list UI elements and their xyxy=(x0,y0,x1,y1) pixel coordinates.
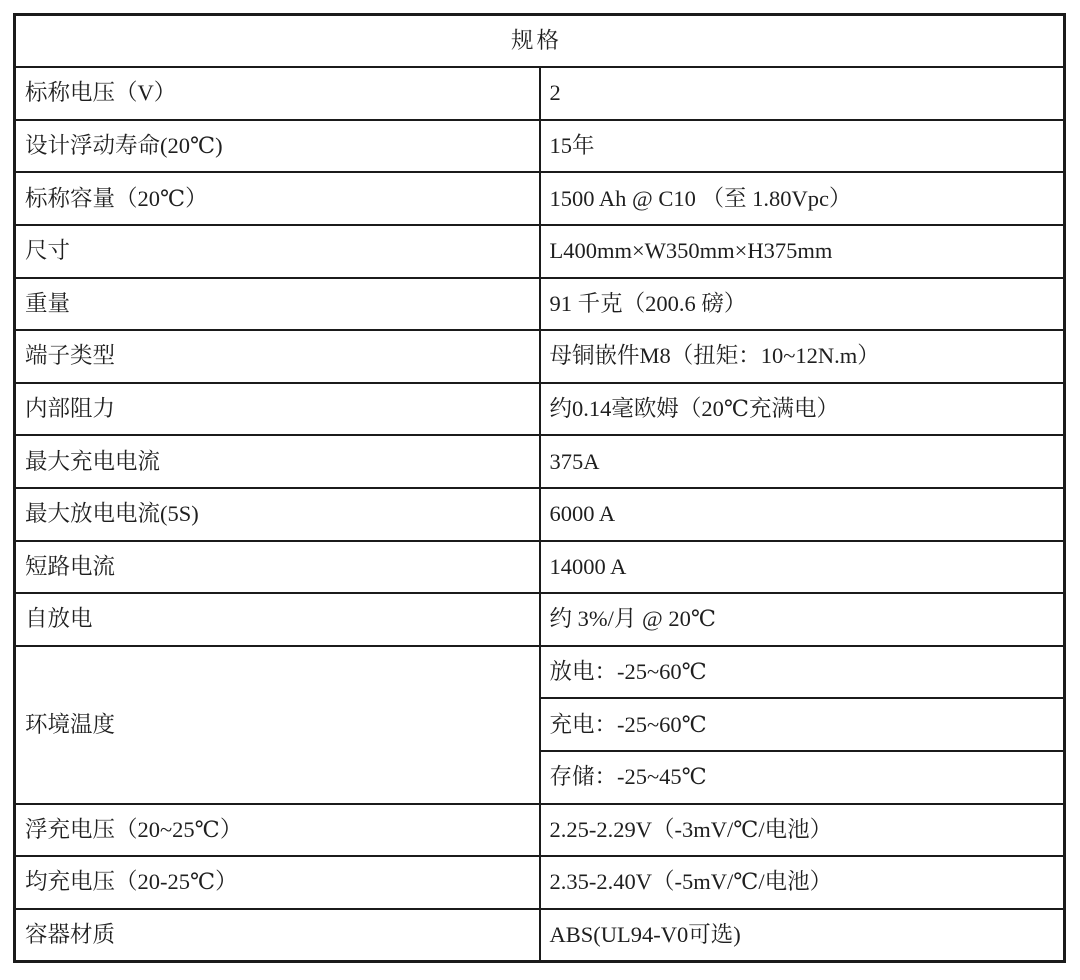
spec-value: 约0.14毫欧姆（20℃充满电） xyxy=(540,383,1065,436)
spec-row-nominal-voltage: 标称电压（V） 2 xyxy=(15,67,1065,120)
spec-label: 重量 xyxy=(15,278,540,331)
spec-label: 设计浮动寿命(20℃) xyxy=(15,120,540,173)
spec-row-nominal-capacity: 标称容量（20℃） 1500 Ah @ C10 （至 1.80Vpc） xyxy=(15,172,1065,225)
spec-label: 容器材质 xyxy=(15,909,540,962)
spec-row-internal-resistance: 内部阻力 约0.14毫欧姆（20℃充满电） xyxy=(15,383,1065,436)
spec-label: 标称容量（20℃） xyxy=(15,172,540,225)
spec-label: 内部阻力 xyxy=(15,383,540,436)
spec-row-terminal-type: 端子类型 母铜嵌件M8（扭矩：10~12N.m） xyxy=(15,330,1065,383)
spec-row-weight: 重量 91 千克（200.6 磅） xyxy=(15,278,1065,331)
document-page: 规格 标称电压（V） 2 设计浮动寿命(20℃) 15年 标称容量（20℃） 1… xyxy=(0,0,1080,980)
spec-value: L400mm×W350mm×H375mm xyxy=(540,225,1065,278)
spec-value: 15年 xyxy=(540,120,1065,173)
spec-subvalue-storage-temp: 存储：-25~45℃ xyxy=(540,751,1065,804)
spec-row-design-float-life: 设计浮动寿命(20℃) 15年 xyxy=(15,120,1065,173)
spec-value: 2.35-2.40V（-5mV/℃/电池） xyxy=(540,856,1065,909)
spec-value: 母铜嵌件M8（扭矩：10~12N.m） xyxy=(540,330,1065,383)
spec-row-max-charge-current: 最大充电电流 375A xyxy=(15,435,1065,488)
spec-value: ABS(UL94-V0可选) xyxy=(540,909,1065,962)
spec-row-container-material: 容器材质 ABS(UL94-V0可选) xyxy=(15,909,1065,962)
spec-label: 尺寸 xyxy=(15,225,540,278)
spec-label: 浮充电压（20~25℃） xyxy=(15,804,540,857)
table-header-row: 规格 xyxy=(15,15,1065,68)
spec-label: 短路电流 xyxy=(15,541,540,594)
spec-label: 均充电压（20-25℃） xyxy=(15,856,540,909)
spec-label: 最大充电电流 xyxy=(15,435,540,488)
spec-value: 2 xyxy=(540,67,1065,120)
spec-subvalue-discharge-temp: 放电：-25~60℃ xyxy=(540,646,1065,699)
spec-table: 规格 标称电压（V） 2 设计浮动寿命(20℃) 15年 标称容量（20℃） 1… xyxy=(13,13,1066,963)
spec-value: 2.25-2.29V（-3mV/℃/电池） xyxy=(540,804,1065,857)
table-title: 规格 xyxy=(15,15,1065,68)
spec-row-ambient-temperature: 环境温度 放电：-25~60℃ xyxy=(15,646,1065,699)
spec-row-dimensions: 尺寸 L400mm×W350mm×H375mm xyxy=(15,225,1065,278)
spec-value: 约 3%/月 @ 20℃ xyxy=(540,593,1065,646)
spec-row-short-circuit-current: 短路电流 14000 A xyxy=(15,541,1065,594)
spec-value: 6000 A xyxy=(540,488,1065,541)
spec-label: 最大放电电流(5S) xyxy=(15,488,540,541)
spec-value: 14000 A xyxy=(540,541,1065,594)
spec-value: 375A xyxy=(540,435,1065,488)
spec-value: 91 千克（200.6 磅） xyxy=(540,278,1065,331)
spec-label: 自放电 xyxy=(15,593,540,646)
spec-row-max-discharge-current: 最大放电电流(5S) 6000 A xyxy=(15,488,1065,541)
spec-label: 环境温度 xyxy=(15,646,540,804)
spec-row-equalize-voltage: 均充电压（20-25℃） 2.35-2.40V（-5mV/℃/电池） xyxy=(15,856,1065,909)
spec-label: 标称电压（V） xyxy=(15,67,540,120)
spec-label: 端子类型 xyxy=(15,330,540,383)
spec-value: 1500 Ah @ C10 （至 1.80Vpc） xyxy=(540,172,1065,225)
spec-row-self-discharge: 自放电 约 3%/月 @ 20℃ xyxy=(15,593,1065,646)
spec-subvalue-charge-temp: 充电：-25~60℃ xyxy=(540,698,1065,751)
spec-row-float-voltage: 浮充电压（20~25℃） 2.25-2.29V（-3mV/℃/电池） xyxy=(15,804,1065,857)
